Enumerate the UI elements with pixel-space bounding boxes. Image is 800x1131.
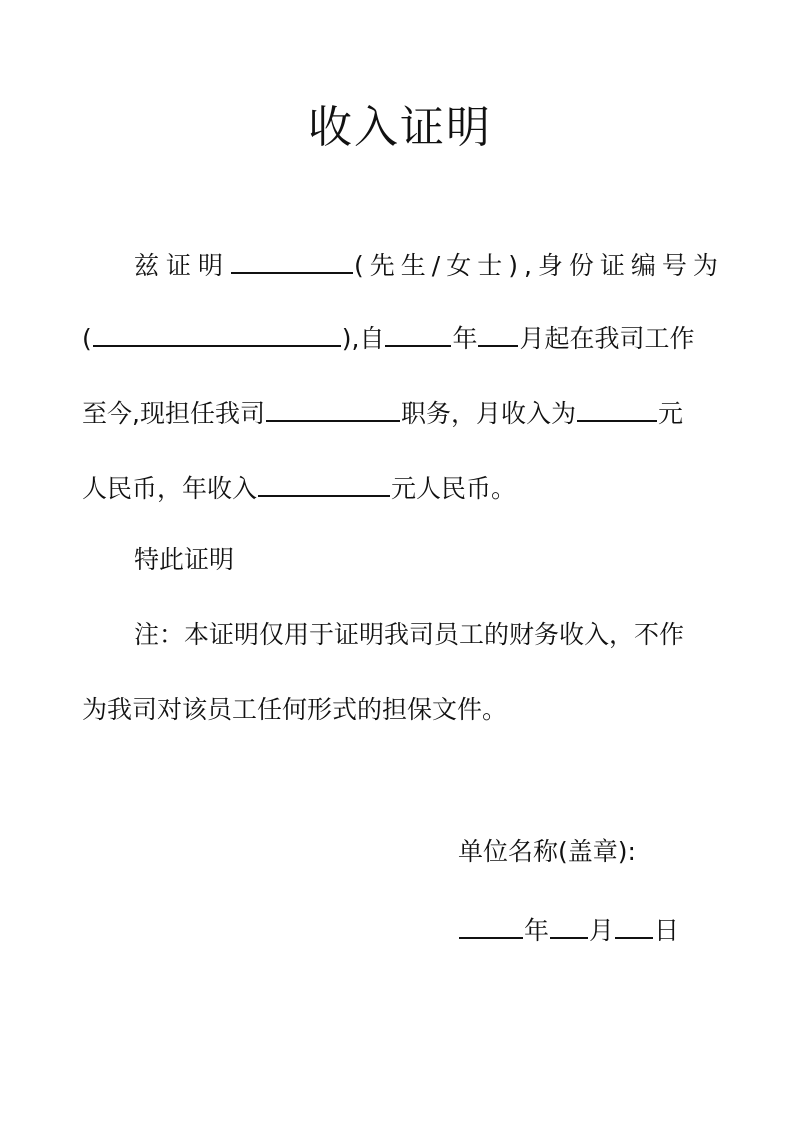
document-title: 收入证明 [0,96,800,160]
sign-day-label: 日 [654,916,679,945]
month-work-text: 月起在我司工作 [519,324,694,353]
monthly-income-field[interactable] [577,390,657,422]
annual-income-text: 人民币，年收入 [82,474,257,503]
open-paren: ( [82,324,92,353]
start-year-field[interactable] [385,315,451,347]
annual-income-field[interactable] [258,465,390,497]
since-text: ),自 [342,324,385,353]
year-label: 年 [452,324,477,353]
paragraph-line-4: 人民币，年收入元人民币。 [82,465,516,505]
name-field[interactable] [231,242,353,274]
gender-id-text: (先生/女士),身份证编号为 [354,251,724,280]
unit-stamp-label: 单位名称(盖章): [458,832,636,872]
certify-text: 兹证明 [134,251,230,280]
rmb-text: 元人民币。 [391,474,516,503]
sign-day-field[interactable] [615,907,653,939]
sign-year-label: 年 [524,916,549,945]
yuan-text: 元 [658,399,683,428]
sign-year-field[interactable] [459,907,523,939]
note-line-1: 注：本证明仅用于证明我司员工的财务收入，不作 [134,615,684,655]
start-month-field[interactable] [478,315,518,347]
paragraph-line-2: (),自年月起在我司工作 [82,315,695,355]
note-line-2: 为我司对该员工任何形式的担保文件。 [82,690,507,730]
document-page: 收入证明 兹证明(先生/女士),身份证编号为 (),自年月起在我司工作 至今,现… [0,0,800,1131]
current-position-text: 至今,现担任我司 [82,399,265,428]
monthly-income-text: 职务，月收入为 [401,399,576,428]
paragraph-line-3: 至今,现担任我司职务，月收入为元 [82,390,683,430]
position-field[interactable] [266,390,400,422]
sign-month-label: 月 [589,916,614,945]
id-number-field[interactable] [93,315,341,347]
signature-date: 年月日 [458,907,679,947]
closing-statement: 特此证明 [134,540,234,580]
paragraph-line-1: 兹证明(先生/女士),身份证编号为 [134,242,724,282]
sign-month-field[interactable] [550,907,588,939]
